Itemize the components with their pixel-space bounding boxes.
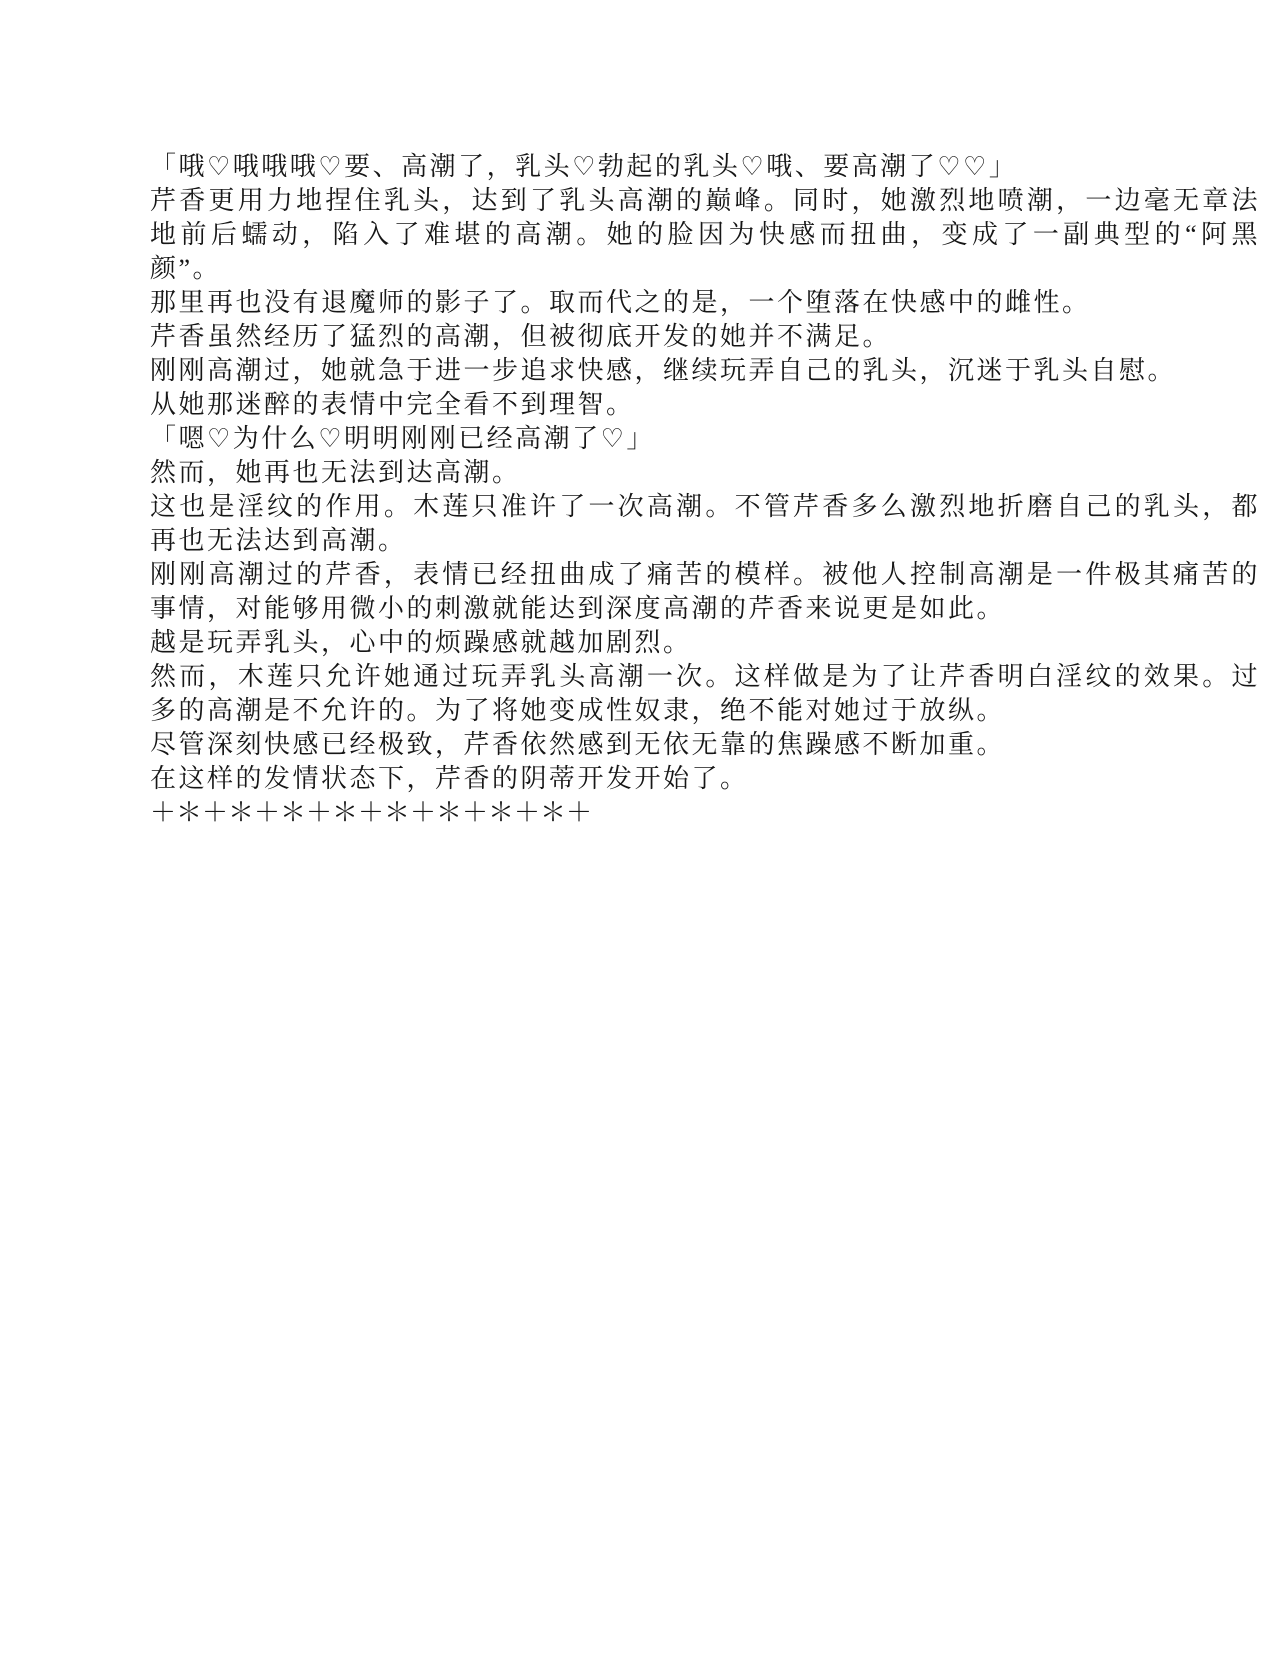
story-paragraph: 那里再也没有退魔师的影子了。取而代之的是，一个堕落在快感中的雌性。 <box>150 286 1260 320</box>
story-paragraph: 在这样的发情状态下，芹香的阴蒂开发开始了。 <box>150 762 1260 796</box>
story-paragraph: 尽管深刻快感已经极致，芹香依然感到无依无靠的焦躁感不断加重。 <box>150 728 1260 762</box>
story-paragraph: 芹香虽然经历了猛烈的高潮，但被彻底开发的她并不满足。 <box>150 320 1260 354</box>
story-paragraph: 芹香更用力地捏住乳头，达到了乳头高潮的巅峰。同时，她激烈地喷潮，一边毫无章法地前… <box>150 184 1260 286</box>
story-paragraph: 刚刚高潮过的芹香，表情已经扭曲成了痛苦的模样。被他人控制高潮是一件极其痛苦的事情… <box>150 558 1260 626</box>
document-page: 「哦♡哦哦哦♡要、高潮了，乳头♡勃起的乳头♡哦、要高潮了♡♡」 芹香更用力地捏住… <box>0 0 1280 1656</box>
dialogue-line: 「嗯♡为什么♡明明刚刚已经高潮了♡」 <box>150 422 655 456</box>
story-paragraph: 然而，木莲只允许她通过玩弄乳头高潮一次。这样做是为了让芹香明白淫纹的效果。过多的… <box>150 660 1260 728</box>
dialogue-line: 「哦♡哦哦哦♡要、高潮了，乳头♡勃起的乳头♡哦、要高潮了♡♡」 <box>150 150 1017 184</box>
section-separator: ＋＊＋＊＋＊＋＊＋＊＋＊＋＊＋＊＋ <box>150 796 592 830</box>
story-paragraph: 这也是淫纹的作用。木莲只准许了一次高潮。不管芹香多么激烈地折磨自己的乳头，都再也… <box>150 490 1260 558</box>
story-paragraph: 越是玩弄乳头，心中的烦躁感就越加剧烈。 <box>150 626 1260 660</box>
story-paragraph: 然而，她再也无法到达高潮。 <box>150 456 1260 490</box>
story-paragraph: 从她那迷醉的表情中完全看不到理智。 <box>150 388 1260 422</box>
story-paragraph: 刚刚高潮过，她就急于进一步追求快感，继续玩弄自己的乳头，沉迷于乳头自慰。 <box>150 354 1260 388</box>
